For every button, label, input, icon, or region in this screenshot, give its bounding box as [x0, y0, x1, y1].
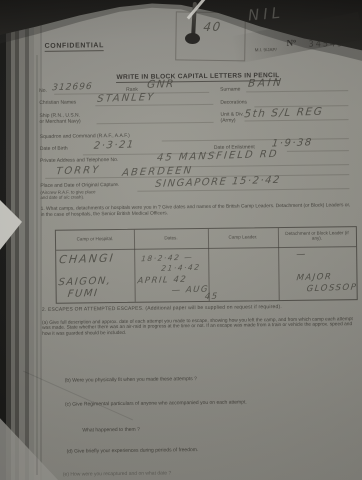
entry-dates-1b: 21·4·42: [161, 263, 201, 273]
form-content: 4F CONFIDENTIAL 40 M.I. 9/JAP/ Nº 34545 …: [0, 0, 362, 480]
entry-block-1: —: [296, 250, 308, 260]
field-ship-label-2: or Merchant Navy): [40, 119, 81, 125]
field-enlist-value: 1·9·38: [271, 137, 313, 149]
field-rule: [97, 122, 214, 124]
pencil-note-nil: NIL: [247, 3, 284, 24]
entry-dates-1a: 18·2·42 —: [141, 253, 194, 264]
table-header-camp: Camp or Hospital.: [56, 236, 134, 242]
field-address-label: Private Address and Telephone No.: [40, 158, 118, 165]
field-dob-label: Date of Birth: [40, 147, 68, 153]
section2-item-c2: What happened to them ?: [82, 428, 140, 434]
field-christian-label: Christian Names: [39, 101, 76, 107]
field-rule: [287, 150, 349, 152]
entry-dates-2c: 45: [204, 292, 219, 302]
confidential-stamp: CONFIDENTIAL: [45, 42, 104, 52]
field-address-value-2: TORRY: [56, 165, 101, 177]
field-unit-label-2: (Army): [221, 118, 236, 124]
section2-item-c: (c) Give Regimental particulars of anyon…: [65, 400, 247, 408]
table-header-divider: [56, 246, 356, 251]
entry-camp-2a: SAIGON,: [58, 276, 112, 289]
field-dob-value: 2·3·21: [93, 139, 135, 151]
field-no-value: 312696: [52, 82, 94, 93]
field-surname-value: BAIN: [247, 77, 284, 90]
section2-item-e: (e) How were you recaptured and on what …: [63, 471, 171, 478]
entry-camp-1: CHANGI: [58, 251, 115, 266]
field-decorations-label: Decorations: [220, 100, 247, 106]
table-header-dates: Dates.: [134, 235, 208, 241]
section2-heading: 2. ESCAPES OR ATTEMPTED ESCAPES. (Additi…: [42, 305, 282, 314]
field-no-label: No.: [39, 89, 47, 95]
entry-camp-2b: FUMI: [67, 288, 99, 300]
section2-item-b: (b) Were you physically fit when you mad…: [65, 377, 197, 384]
section2-item-a: (a) Give full description and approx. da…: [42, 317, 355, 337]
dark-mark-blob: [185, 33, 200, 44]
table-header-leader: Camp Leader.: [208, 234, 278, 240]
field-capture-label-3: and date of a/c crash).: [40, 194, 84, 200]
table-header-block-leader: Detachment or Block Leader (if any).: [280, 230, 354, 241]
section2-item-d: (d) Give briefly your experiences during…: [67, 448, 199, 455]
field-unit-value: 5th S/L REG: [244, 106, 324, 121]
field-rule: [162, 138, 349, 141]
photographed-document: 4F CONFIDENTIAL 40 M.I. 9/JAP/ Nº 34545 …: [0, 0, 362, 480]
entry-dates-2b: — AUG: [171, 284, 209, 295]
field-surname-label: Surname: [220, 87, 240, 93]
entry-block-2a: MAJOR: [296, 272, 333, 283]
camps-table: Camp or Hospital. Dates. Camp Leader. De…: [55, 226, 358, 304]
entry-block-2b: GLOSSOP: [306, 283, 358, 295]
question1-text: 1. What camps, detachments or hospitals …: [41, 203, 352, 218]
field-christian-value: STANLEY: [97, 92, 156, 105]
field-rank-value: GNR: [146, 78, 175, 91]
pencil-box-value: 40: [203, 20, 223, 35]
field-address-value-1: 45 MANSFIELD RD: [156, 149, 279, 164]
field-rule: [246, 90, 348, 92]
